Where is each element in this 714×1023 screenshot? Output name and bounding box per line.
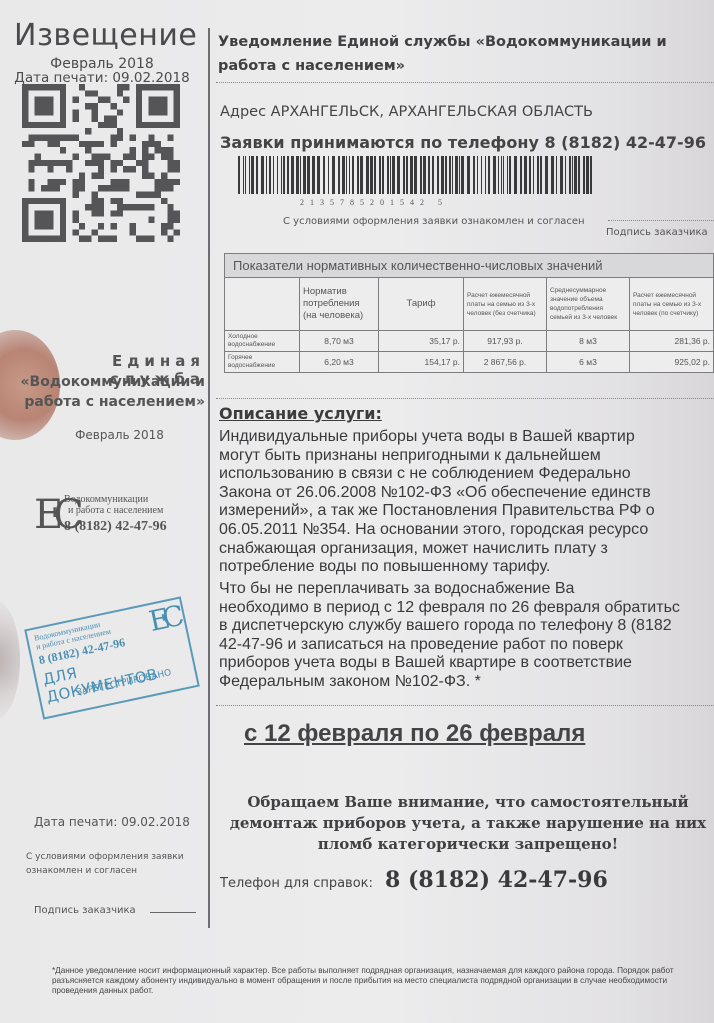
address: Адрес АРХАНГЕЛЬСК, АРХАНГЕЛЬСКАЯ ОБЛАСТЬ: [220, 104, 593, 120]
table-caption: Показатели нормативных количественно-чис…: [225, 254, 714, 278]
table-cell: 35,17 р.: [379, 331, 464, 352]
table-cell: 6 м3: [547, 352, 630, 373]
ec-logo-line-1: Водокоммуникации: [64, 494, 148, 505]
stub-signature-line: [150, 912, 196, 913]
paragraph-line: Индивидуальные приборы учета воды в Ваше…: [219, 428, 714, 447]
table-cell: Холодное водоснабжение: [225, 331, 300, 352]
footnote: *Данное уведомление носит информационный…: [52, 966, 702, 996]
table-header-cell: [225, 278, 300, 331]
agree-text: С условиями оформления заявки ознакомлен…: [283, 216, 585, 227]
period-headline: с 12 февраля по 26 февраля: [244, 720, 585, 748]
warning-text: Обращаем Ваше внимание, что самостоятель…: [218, 792, 714, 855]
vertical-cut-line: [208, 28, 210, 928]
paragraph-line: 06.05.2011 №354. На основании этого, гор…: [219, 521, 714, 540]
dotted-separator: [216, 398, 714, 399]
stamp-ec-letters: ЕС: [146, 600, 180, 638]
table-header-cell: Расчет ежемесячной платы на семью из 3-х…: [630, 278, 714, 331]
dotted-separator: [216, 82, 714, 83]
reference-phone-label: Телефон для справок:: [220, 876, 373, 891]
paragraph-line: использованию в связи с не соблюдением Ф…: [219, 465, 714, 484]
paragraph-line: потребление воды по повышенному тарифу.: [219, 558, 714, 577]
paragraph-line: Федеральным законом №102-ФЗ. *: [219, 673, 714, 692]
registered-stamp: Водокоммуникации и работа с населением 8…: [24, 596, 200, 719]
paragraph-line: могут быть признаны непригодными к дальн…: [219, 447, 714, 466]
stub-print-date-2: Дата печати: 09.02.2018: [34, 815, 190, 829]
description-title: Описание услуги:: [219, 404, 382, 423]
paragraph-line: приборов учета воды в Вашей квартире в с…: [219, 654, 714, 673]
table-header-row: Норматив потребления (на человека) Тариф…: [225, 278, 714, 331]
table-cell: 154,17 р.: [379, 352, 464, 373]
table-header-cell: Расчет ежемесячной платы на семью из 3-х…: [464, 278, 547, 331]
paragraph-line: в диспетчерскую службу вашего города по …: [219, 617, 714, 636]
barcode: [238, 156, 598, 194]
table-cell: 925,02 р.: [630, 352, 714, 373]
barcode-number: 2135785201542 5: [300, 198, 560, 207]
paragraph-line: 42-47-96 и записаться на проведение рабо…: [219, 636, 714, 655]
norms-table: Показатели нормативных количественно-чис…: [224, 253, 714, 373]
org-name-line-2: «Водокоммуникации и: [20, 374, 205, 390]
qr-code: [22, 84, 180, 242]
signature-label: Подпись заказчика: [606, 227, 708, 238]
stub-month-2: Февраль 2018: [20, 428, 205, 442]
stub-signature-label: Подпись заказчика: [34, 905, 136, 916]
table-cell: 917,93 р.: [464, 331, 547, 352]
dotted-separator: [216, 705, 714, 706]
table-cell: 6,20 м3: [300, 352, 379, 373]
description-paragraph-2: Что бы не переплачивать за водоснабжение…: [219, 580, 714, 692]
table-cell: 8,70 м3: [300, 331, 379, 352]
table-header-cell: Норматив потребления (на человека): [300, 278, 379, 331]
finger-shadow: [0, 600, 20, 720]
ec-logo-phone: 8 (8182) 42-47-96: [64, 519, 167, 535]
stub-agree-text: С условиями оформления заявки ознакомлен…: [26, 850, 201, 878]
paragraph-line: измерений», а так же Постановления Прави…: [219, 502, 714, 521]
signature-line: [608, 220, 714, 221]
description-paragraph-1: Индивидуальные приборы учета воды в Ваше…: [219, 428, 714, 577]
table-row: Горячее водоснабжение 6,20 м3 154,17 р. …: [225, 352, 714, 373]
paragraph-line: снабжающая организация, может начислить …: [219, 540, 714, 559]
table-cell: 8 м3: [547, 331, 630, 352]
table-cell: 2 867,56 р.: [464, 352, 547, 373]
requests-phone: Заявки принимаются по телефону 8 (8182) …: [220, 133, 706, 152]
paragraph-line: необходимо в период с 12 февраля по 26 ф…: [219, 599, 714, 618]
table-header-cell: Тариф: [379, 278, 464, 331]
ec-logo-line-2: и работа с населением: [68, 505, 163, 516]
paragraph-line: Закона от 26.06.2008 №102-ФЗ «Об обеспеч…: [219, 484, 714, 503]
ec-logo: ЕС Водокоммуникации и работа с население…: [34, 492, 204, 548]
table-header-cell: Среднесуммарное значение объема водопотр…: [547, 278, 630, 331]
table-cell: Горячее водоснабжение: [225, 352, 300, 373]
table-cell: 281,36 р.: [630, 331, 714, 352]
notice-title: Уведомление Единой службы «Водокоммуника…: [218, 30, 714, 78]
reference-phone: 8 (8182) 42-47-96: [385, 867, 608, 893]
table-row: Холодное водоснабжение 8,70 м3 35,17 р. …: [225, 331, 714, 352]
paragraph-line: Что бы не переплачивать за водоснабжение…: [219, 580, 714, 599]
stub-title: Извещение: [14, 18, 190, 53]
org-name-line-3: работа с населением»: [20, 394, 205, 410]
